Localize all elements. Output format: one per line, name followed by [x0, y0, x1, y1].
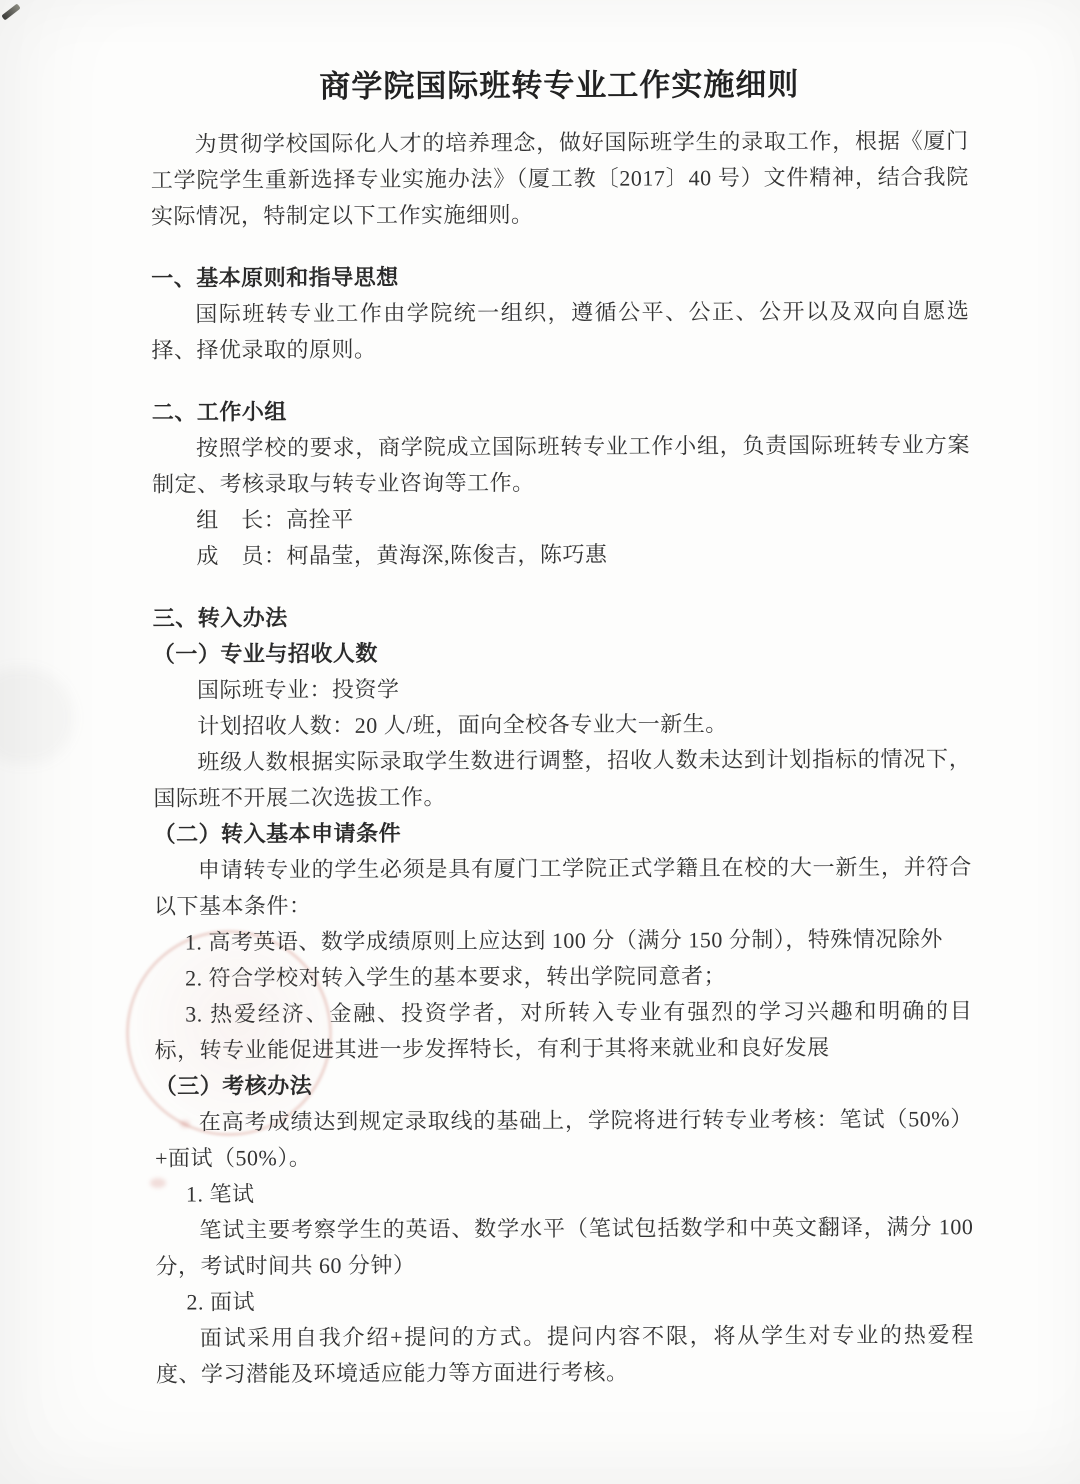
intro-paragraph: 为贯彻学校国际化人才的培养理念，做好国际班学生的录取工作，根据《厦门工学院学生重…	[151, 123, 969, 235]
section-2-paragraph: 按照学校的要求，商学院成立国际班转专业工作小组，负责国际班转专业方案制定、考核录…	[152, 427, 970, 503]
conditions-intro-paragraph: 申请转专业的学生必须是具有厦门工学院正式学籍且在校的大一新生，并符合以下基本条件…	[154, 849, 972, 925]
condition-item-1: 1. 高考英语、数学成绩原则上应达到 100 分（满分 150 分制），特殊情况…	[154, 921, 972, 961]
interview-label: 2. 面试	[156, 1281, 974, 1321]
document-content: 商学院国际班转专业工作实施细则 为贯彻学校国际化人才的培养理念，做好国际班学生的…	[0, 0, 1080, 1393]
section-work-group: 二、工作小组 按照学校的要求，商学院成立国际班转专业工作小组，负责国际班转专业方…	[152, 391, 971, 575]
assessment-intro-paragraph: 在高考成绩达到规定录取线的基础上，学院将进行转专业考核：笔试（50%）+面试（5…	[155, 1101, 973, 1177]
scanned-document-page: 商学院国际班转专业工作实施细则 为贯彻学校国际化人才的培养理念，做好国际班学生的…	[0, 0, 1080, 1484]
condition-item-2: 2. 符合学校对转入学生的基本要求，转出学院同意者；	[154, 957, 972, 997]
section-1-paragraph: 国际班转专业工作由学院统一组织，遵循公平、公正、公开以及双向自愿选择、择优录取的…	[151, 293, 969, 369]
quota-line: 计划招收人数：20 人/班，面向全校各专业大一新生。	[153, 705, 971, 745]
quota-note-paragraph: 班级人数根据实际录取学生数进行调整，招收人数未达到计划指标的情况下，国际班不开展…	[153, 741, 971, 817]
section-3-heading: 三、转入办法	[153, 597, 971, 637]
document-title: 商学院国际班转专业工作实施细则	[150, 58, 968, 107]
subsection-2-heading: （二）转入基本申请条件	[154, 813, 972, 853]
group-members-line: 成 员：柯晶莹，黄海深,陈俊吉，陈巧惠	[152, 535, 970, 575]
section-basic-principles: 一、基本原则和指导思想 国际班转专业工作由学院统一组织，遵循公平、公正、公开以及…	[151, 257, 969, 369]
subsection-application-conditions: （二）转入基本申请条件 申请转专业的学生必须是具有厦门工学院正式学籍且在校的大一…	[154, 813, 973, 1069]
condition-item-3: 3. 热爱经济、金融、投资学者，对所转入专业有强烈的学习兴趣和明确的目标，转专业…	[154, 993, 972, 1069]
written-test-label: 1. 笔试	[155, 1173, 973, 1213]
subsection-3-heading: （三）考核办法	[155, 1065, 973, 1105]
section-1-heading: 一、基本原则和指导思想	[151, 257, 969, 297]
interview-paragraph: 面试采用自我介绍+提问的方式。提问内容不限，将从学生对专业的热爱程度、学习潜能及…	[156, 1317, 974, 1393]
subsection-majors-quota: （一）专业与招收人数 国际班专业：投资学 计划招收人数：20 人/班，面向全校各…	[153, 633, 972, 817]
written-test-paragraph: 笔试主要考察学生的英语、数学水平（笔试包括数学和中英文翻译，满分 100 分，考…	[155, 1209, 973, 1285]
subsection-1-heading: （一）专业与招收人数	[153, 633, 971, 673]
section-2-heading: 二、工作小组	[152, 391, 970, 431]
group-leader-line: 组 长：高拴平	[152, 499, 970, 539]
section-transfer-method: 三、转入办法 （一）专业与招收人数 国际班专业：投资学 计划招收人数：20 人/…	[153, 597, 974, 1393]
major-line: 国际班专业：投资学	[153, 669, 971, 709]
subsection-assessment-method: （三）考核办法 在高考成绩达到规定录取线的基础上，学院将进行转专业考核：笔试（5…	[155, 1065, 974, 1393]
